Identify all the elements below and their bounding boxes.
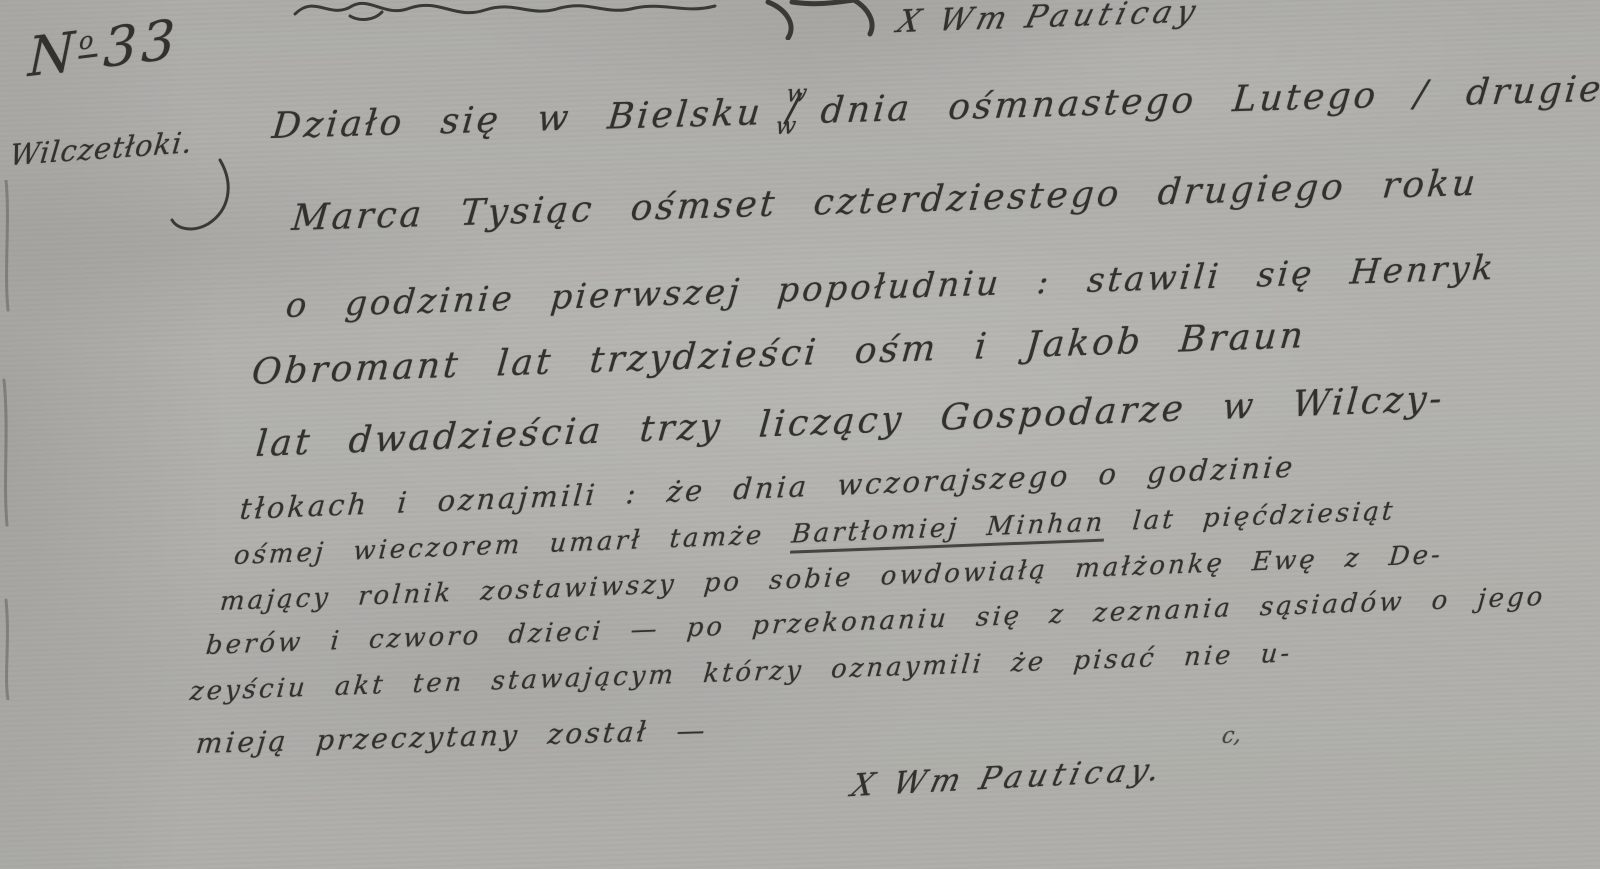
record-number-superscript: o (79, 25, 98, 59)
margin-flourish (150, 158, 240, 236)
record-number-value: 33 (103, 7, 180, 80)
insertion-correction-mark: ww (766, 97, 816, 138)
top-edge-ink-fragment (290, 0, 720, 22)
top-edge-ink-fragment-2 (758, 0, 888, 40)
stray-ink-mark: c, (1220, 722, 1243, 749)
record-number-prefix: N (27, 19, 79, 89)
left-edge-marks (0, 180, 18, 700)
